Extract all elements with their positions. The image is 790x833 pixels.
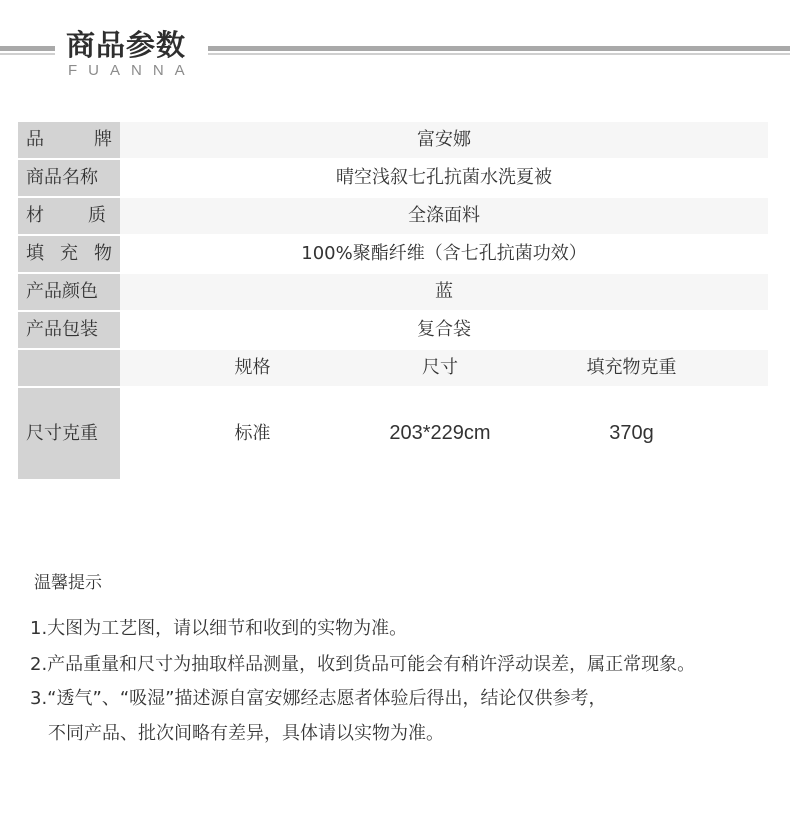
size-header-cells: 规格 尺寸 填充物克重 [120, 350, 768, 386]
label-char: 充 [60, 236, 78, 272]
spec-table: 品 牌 富安娜 商品名称 晴空浅叙七孔抗菌水洗夏被 材 质 全涤面料 填 充 物… [18, 122, 768, 481]
table-row-packaging: 产品包装 复合袋 [18, 312, 768, 348]
row-label: 产品包装 [18, 312, 120, 348]
table-row-size-weight: 尺寸克重 标准 203*229cm 370g [18, 388, 768, 479]
column-header-spec: 规格 [120, 350, 385, 386]
row-value: 蓝 [120, 274, 768, 310]
row-label: 材 质 [18, 198, 120, 234]
tip-item: 1.大图为工艺图，请以细节和收到的实物为准。 [30, 614, 407, 640]
table-row-size-header: 规格 尺寸 填充物克重 [18, 350, 768, 386]
header-rule-left-thin [0, 53, 55, 55]
row-label: 尺寸克重 [18, 388, 120, 479]
label-char: 填 [26, 236, 44, 272]
label-char: 牌 [94, 122, 112, 158]
fill-weight-value: 370g [495, 388, 768, 479]
tip-item-continuation: 不同产品、批次间略有差异，具体请以实物为准。 [48, 719, 444, 745]
label-char: 材 [26, 198, 44, 234]
header-rule-right [208, 46, 790, 51]
label-char: 物 [94, 236, 112, 272]
spec-value: 标准 [120, 388, 385, 479]
row-value: 100%聚酯纤维（含七孔抗菌功效） [120, 236, 768, 272]
page-title: 商品参数 [66, 28, 186, 62]
table-row-brand: 品 牌 富安娜 [18, 122, 768, 158]
row-value: 富安娜 [120, 122, 768, 158]
tip-item: 3.“透气”、“吸湿”描述源自富安娜经志愿者体验后得出，结论仅供参考， [30, 684, 606, 710]
tips-title: 温馨提示 [34, 568, 102, 593]
size-value: 203*229cm [385, 388, 495, 479]
table-row-product-name: 商品名称 晴空浅叙七孔抗菌水洗夏被 [18, 160, 768, 196]
column-header-fill-weight: 填充物克重 [495, 350, 768, 386]
tip-item: 2.产品重量和尺寸为抽取样品测量，收到货品可能会有稍许浮动误差，属正常现象。 [30, 650, 695, 676]
row-label: 品 牌 [18, 122, 120, 158]
row-value: 全涤面料 [120, 198, 768, 234]
row-label: 商品名称 [18, 160, 120, 196]
header-rule-right-thin [208, 53, 790, 55]
row-value: 复合袋 [120, 312, 768, 348]
label-char: 品 [26, 122, 44, 158]
table-row-color: 产品颜色 蓝 [18, 274, 768, 310]
table-row-filling: 填 充 物 100%聚酯纤维（含七孔抗菌功效） [18, 236, 768, 272]
table-row-material: 材 质 全涤面料 [18, 198, 768, 234]
label-char: 质 [88, 198, 106, 234]
row-value: 晴空浅叙七孔抗菌水洗夏被 [120, 160, 768, 196]
size-value-cells: 标准 203*229cm 370g [120, 388, 768, 479]
header-rule-left [0, 46, 55, 51]
row-label: 填 充 物 [18, 236, 120, 272]
column-header-size: 尺寸 [385, 350, 495, 386]
brand-subtitle: FUANNA [68, 63, 196, 79]
row-label: 产品颜色 [18, 274, 120, 310]
row-label [18, 350, 120, 386]
